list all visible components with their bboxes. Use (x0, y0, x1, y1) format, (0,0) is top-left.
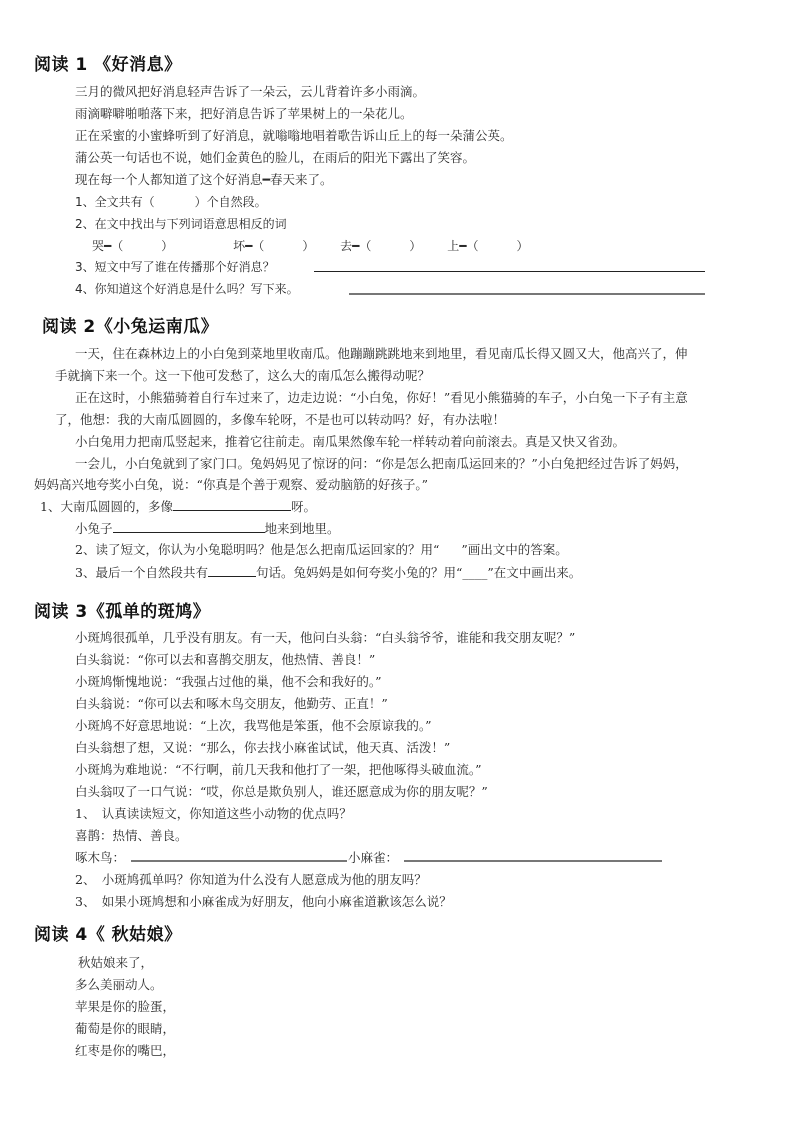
antonym-row: 哭━（） 坏━（） 去━（） 上━（） (92, 238, 528, 254)
question-text: 呀。 (291, 499, 316, 514)
underline-mark: ____ (462, 565, 487, 580)
answer-line[interactable] (131, 860, 347, 862)
reading-3-sparrow-label: 小麻雀： (348, 850, 398, 866)
reading-1-question-3: 3、短文中写了谁在传播那个好消息？ (75, 259, 275, 275)
reading-1-title: 阅读 1 《好消息》 (34, 50, 182, 75)
reading-2-line: 小白兔用力把南瓜竖起来，推着它往前走。南瓜果然像车轮一样转动着向前滚去。真是又快… (75, 434, 625, 450)
reading-1-paragraph: 雨滴噼噼啪啪落下来，把好消息告诉了苹果树上的一朵花儿。 (75, 106, 413, 122)
answer-blank[interactable] (173, 498, 291, 511)
question-text: 句话。兔妈妈是如何夸奖小兔的？用“ (256, 565, 462, 580)
reading-3-question-1: 1、 认真读读短文，你知道这些小动物的优点吗？ (75, 806, 352, 822)
reading-3-magpie: 喜鹊：热情、善良。 (75, 828, 188, 844)
question-text: 3、最后一个自然段共有 (75, 565, 208, 580)
answer-blank[interactable] (113, 520, 265, 533)
question-text: 1、大南瓜圆圆的，多像 (40, 499, 173, 514)
reading-2-line: 一会儿，小白兔就到了家门口。兔妈妈见了惊讶的问：“你是怎么把南瓜运回来的？”小白… (75, 456, 688, 472)
reading-2-line: 手就摘下来一个。这一下他可发愁了，这么大的南瓜怎么搬得动呢？ (55, 368, 430, 384)
bracket: ） (516, 239, 528, 253)
reading-3-line: 小斑鸠很孤单，几乎没有朋友。有一天，他问白头翁：“白头翁爷爷，谁能和我交朋友呢？… (75, 630, 575, 646)
poem-line: 葡萄是你的眼睛， (75, 1021, 175, 1037)
reading-2-question-3: 3、最后一个自然段共有句话。兔妈妈是如何夸奖小兔的？用“____”在文中画出来。 (75, 564, 581, 581)
poem-line: 秋姑娘来了， (78, 955, 153, 971)
reading-1-question-4: 4、你知道这个好消息是什么吗？写下来。 (75, 281, 299, 297)
question-text: 小兔子 (75, 521, 113, 536)
reading-1-paragraph: 三月的微风把好消息轻声告诉了一朵云，云儿背着许多小雨滴。 (75, 84, 425, 100)
reading-3-line: 白头翁想了想，又说：“那么，你去找小麻雀试试，他天真、活泼！” (75, 740, 450, 756)
reading-3-title: 阅读 3《孤单的斑鸠》 (34, 597, 210, 622)
question-text: ）个自然段。 (195, 195, 267, 209)
answer-line[interactable] (314, 271, 705, 272)
reading-1-paragraph: 正在采蜜的小蜜蜂听到了好消息，就嗡嗡地唱着歌告诉山丘上的每一朵蒲公英。 (75, 128, 513, 144)
reading-4-title: 阅读 4《 秋姑娘》 (34, 920, 182, 945)
reading-2-question-1a: 1、大南瓜圆圆的，多像呀。 (40, 498, 316, 515)
reading-3-line: 白头翁说：“你可以去和喜鹊交朋友，他热情、善良！” (75, 652, 375, 668)
reading-3-woodpecker-label: 啄木鸟： (75, 850, 125, 866)
reading-2-line: 一天，住在森林边上的小白兔到菜地里收南瓜。他蹦蹦跳跳地来到地里，看见南瓜长得又圆… (75, 346, 688, 362)
question-text: ”在文中画出来。 (487, 565, 581, 580)
antonym-word: 哭━（ (92, 239, 123, 253)
answer-line[interactable] (404, 860, 662, 862)
poem-line: 多么美丽动人。 (75, 977, 163, 993)
answer-line[interactable] (349, 293, 705, 295)
reading-2-line: 正在这时，小熊猫骑着自行车过来了，边走边说：“小白兔，你好！”看见小熊猫骑的车子… (75, 390, 688, 406)
question-text: ”画出文中的答案。 (461, 542, 567, 557)
reading-1-paragraph: 蒲公英一句话也不说，她们金黄色的脸儿，在雨后的阳光下露出了笑容。 (75, 150, 475, 166)
bracket: ） (161, 239, 173, 253)
reading-3-line: 白头翁叹了一口气说：“哎，你总是欺负别人，谁还愿意成为你的朋友呢？” (75, 784, 488, 800)
antonym-word: 坏━（ (233, 239, 264, 253)
reading-2-question-2: 2、读了短文，你认为小兔聪明吗？他是怎么把南瓜运回家的？用“”画出文中的答案。 (75, 542, 568, 558)
reading-3-line: 白头翁说：“你可以去和啄木鸟交朋友，他勤劳、正直！” (75, 696, 388, 712)
question-text: 2、读了短文，你认为小兔聪明吗？他是怎么把南瓜运回家的？用“ (75, 542, 439, 557)
bracket: ） (409, 239, 421, 253)
reading-3-line: 小斑鸠为难地说：“不行啊，前几天我和他打了一架，把他啄得头破血流。” (75, 762, 482, 778)
bracket: ） (302, 239, 314, 253)
antonym-word: 上━（ (447, 239, 478, 253)
poem-line: 苹果是你的脸蛋， (75, 999, 175, 1015)
reading-3-line: 小斑鸠惭愧地说：“我强占过他的巢，他不会和我好的。” (75, 674, 382, 690)
poem-line: 红枣是你的嘴巴， (75, 1043, 175, 1059)
answer-blank[interactable] (208, 564, 256, 577)
reading-3-line: 小斑鸠不好意思地说：“上次，我骂他是笨蛋，他不会原谅我的。” (75, 718, 432, 734)
reading-2-question-1b: 小兔子地来到地里。 (75, 520, 340, 537)
reading-2-title: 阅读 2《小兔运南瓜》 (42, 312, 218, 337)
reading-2-line: 了，他想：我的大南瓜圆圆的，多像车轮呀，不是也可以转动吗？好，有办法啦！ (55, 412, 505, 428)
reading-2-line: 妈妈高兴地夸奖小白兔，说：“你真是个善于观察、爱动脑筋的好孩子。” (34, 477, 428, 493)
reading-1-paragraph: 现在每一个人都知道了这个好消息━春天来了。 (75, 172, 333, 188)
reading-3-question-2: 2、 小斑鸠孤单吗？你知道为什么没有人愿意成为他的朋友吗？ (75, 872, 427, 888)
reading-1-question-2: 2、在文中找出与下列词语意思相反的词 (75, 216, 287, 232)
antonym-word: 去━（ (340, 239, 371, 253)
question-text: 1、全文共有（ (75, 195, 155, 209)
reading-3-question-3: 3、 如果小斑鸠想和小麻雀成为好朋友，他向小麻雀道歉该怎么说？ (75, 894, 452, 910)
question-text: 地来到地里。 (265, 521, 340, 536)
reading-1-question-1: 1、全文共有（）个自然段。 (75, 194, 267, 210)
